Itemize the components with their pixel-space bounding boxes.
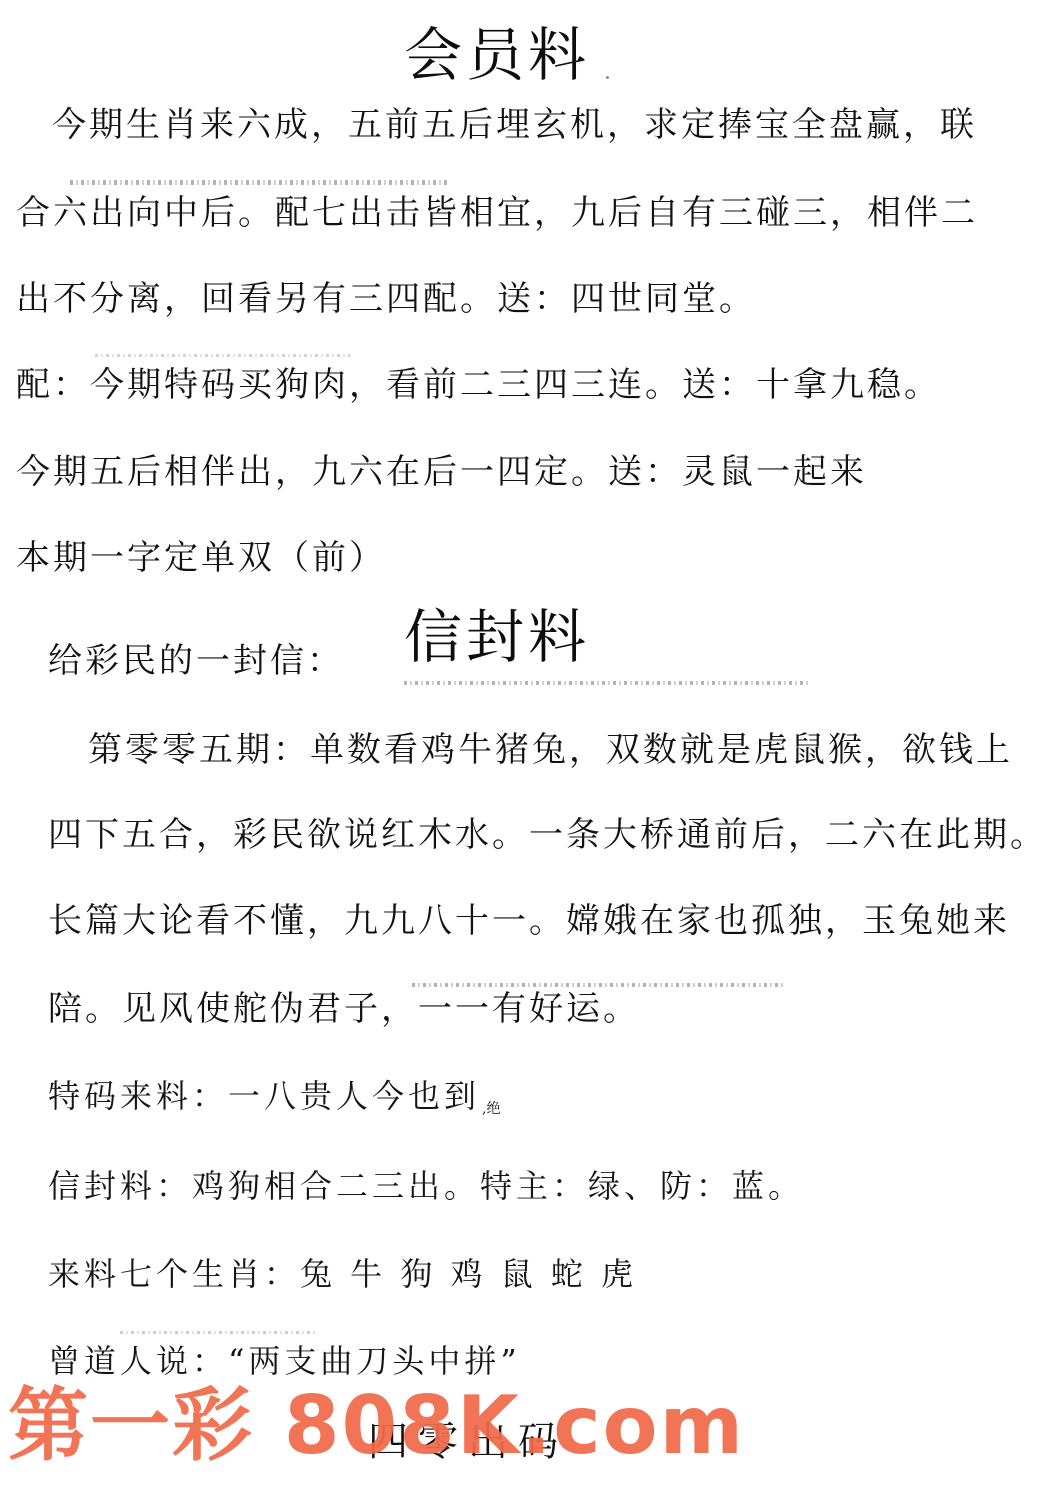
member-line-2: 合六出向中后。配七出击皆相宜，九后自有三碰三，相伴二 [16,196,978,230]
member-line-3: 出不分离，回看另有三四配。送：四世同堂。 [16,282,756,316]
scan-noise-strip [412,983,784,987]
member-section-title: 会员料 [404,26,590,84]
letter-paragraph-line-3: 长篇大论看不懂，九九八十一。嫦娥在家也孤独，玉兔她来 [48,904,1010,938]
letter-paragraph-line-2: 四下五合，彩民欲说红木水。一条大桥通前后，二六在此期。 [48,818,1047,852]
scan-noise-strip [120,1331,315,1334]
taoist-saying-line: 曾道人说：“两支曲刀头中拼” [48,1345,521,1377]
letter-heading: 给彩民的一封信： [48,644,344,678]
seven-zodiac-line: 来料七个生肖：兔 牛 狗 鸡 鼠 蛇 虎 [48,1258,637,1290]
scan-noise-strip [70,180,450,185]
member-line-4: 配：今期特码买狗肉，看前二三四三连。送：十拿九稳。 [16,368,941,402]
member-line-5: 今期五后相伴出，九六在后一四定。送：灵鼠一起来 [16,455,867,489]
scan-noise-strip [95,354,350,357]
site-watermark: 第一彩 808K.com [8,1386,745,1466]
letter-paragraph-line-4: 陪。见风使舵伪君子，一一有好运。 [48,992,640,1026]
member-line-6: 本期一字定单双（前） [16,541,386,575]
scan-speck [606,76,609,79]
scan-noise-strip [404,681,809,685]
envelope-material-line: 信封料：鸡狗相合二三出。特主：绿、防：蓝。 [48,1170,804,1202]
letter-paragraph-line-1: 第零零五期：单数看鸡牛猪兔，双数就是虎鼠猴，欲钱上 [88,733,1013,767]
stray-mark: ,绝 [482,1098,500,1118]
envelope-section-title: 信封料 [404,608,590,666]
special-code-line: 特码来料：一八贵人今也到 [48,1080,480,1112]
member-line-1: 今期生肖来六成，五前五后埋玄机，求定捧宝全盘赢，联 [52,108,977,142]
